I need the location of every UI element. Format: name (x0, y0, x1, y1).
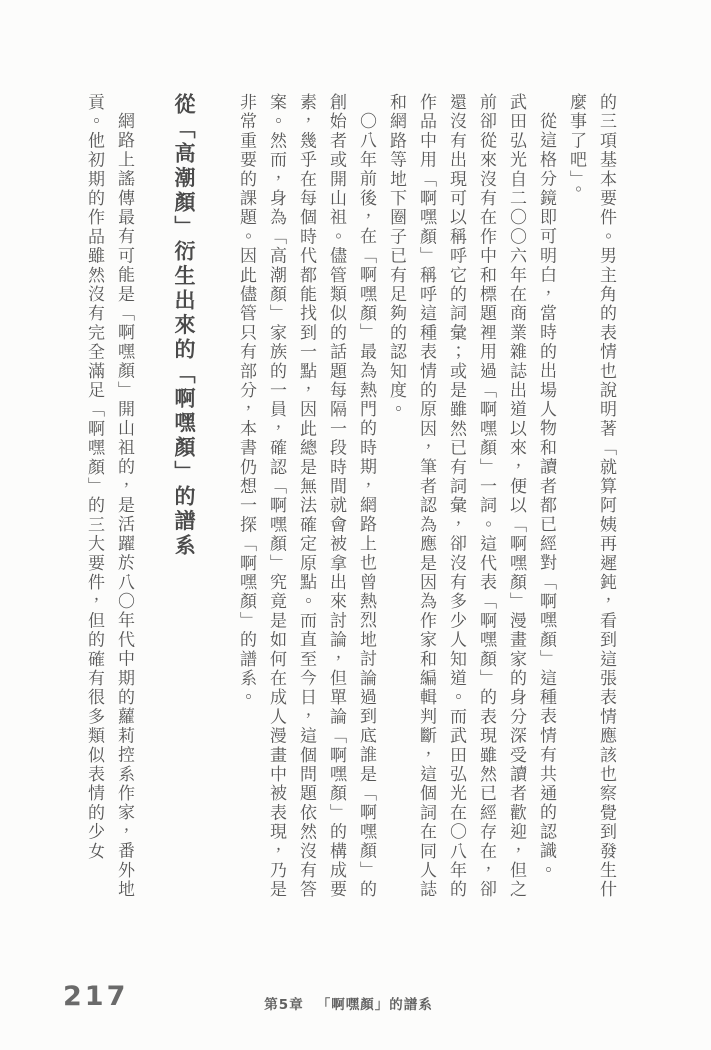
paragraph: 從這格分鏡即可明白，當時的出場人物和讀者都已經對「啊嘿顏」這種表情有共通的認識。 (531, 93, 561, 905)
paragraph: 網路上謠傳最有可能是「啊嘿顏」開山祖的，是活躍於八〇年代中期的蘿莉控系作家，番外… (79, 93, 139, 905)
book-page: 的三項基本要件。男主角的表情也說明著「就算阿姨再遲鈍，看到這張表情應該也察覺到發… (0, 0, 711, 1050)
paragraph: 武田弘光自二〇〇六年在商業雜誌出道以來，便以「啊嘿顏」漫畫家的身分深受讀者歡迎，… (381, 93, 531, 905)
main-text-block: 的三項基本要件。男主角的表情也說明著「就算阿姨再遲鈍，看到這張表情應該也察覺到發… (79, 93, 621, 905)
chapter-footer-title: 「啊嘿顏」的譜系 (317, 997, 433, 1013)
chapter-footer-label: 第5章 (264, 997, 303, 1013)
section-heading: 從「高潮顏」衍生出來的「啊嘿顏」的譜系 (163, 93, 205, 905)
paragraph-continuation: 的三項基本要件。男主角的表情也說明著「就算阿姨再遲鈍，看到這張表情應該也察覺到發… (561, 93, 621, 905)
chapter-footer: 第5章「啊嘿顏」的譜系 (0, 993, 697, 1013)
paragraph: 〇八年前後，在「啊嘿顏」最為熱門的時期，網路上也曾熱烈地討論過到底誰是「啊嘿顏」… (231, 93, 381, 905)
